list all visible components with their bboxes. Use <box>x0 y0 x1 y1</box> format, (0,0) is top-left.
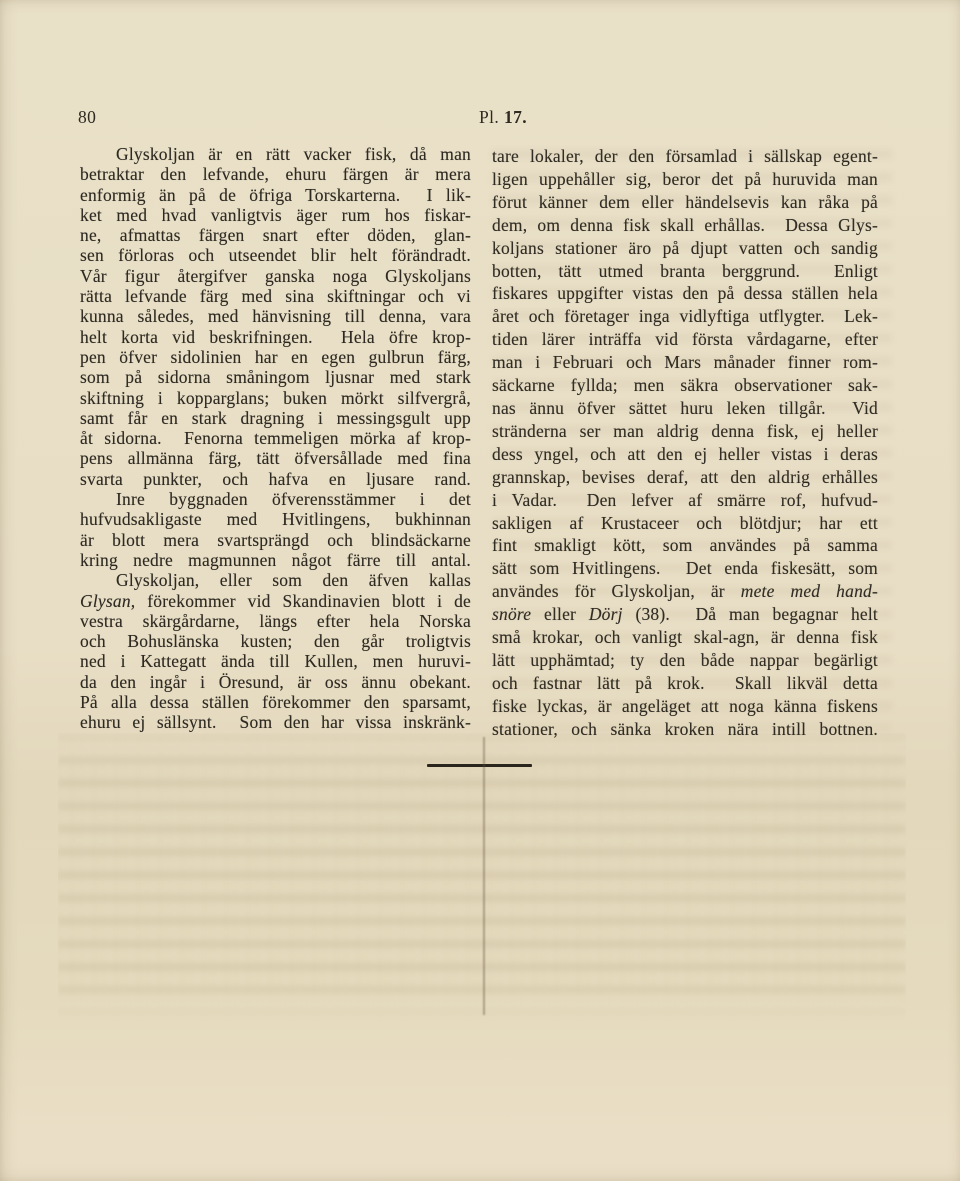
text-line: Vår figur återgifver ganska noga Glyskol… <box>80 266 471 286</box>
text-line: samt får en stark dragning i messingsgul… <box>80 408 471 428</box>
text-line: ehuru ej sällsynt. Som den har vissa ins… <box>80 712 471 732</box>
bleed-through-texture <box>58 733 906 1025</box>
text-line: åt sidorna. Fenorna temmeligen mörka af … <box>80 428 471 448</box>
text-line: rätta lefvande färg med sina skiftningar… <box>80 286 471 306</box>
text-line: som på sidorna småningom ljusnar med sta… <box>80 367 471 387</box>
text-line: skiftning i kopparglans; buken mörkt sil… <box>80 388 471 408</box>
text-line: ned i Kattegatt ända till Kullen, men hu… <box>80 651 471 671</box>
text-line: helt korta vid beskrifningen. Hela öfre … <box>80 327 471 347</box>
text-line: betraktar den lefvande, ehuru färgen är … <box>80 164 471 184</box>
left-column: Glyskoljan är en rätt vacker fisk, då ma… <box>80 144 471 733</box>
text-line: Inre byggnaden öfverensstämmer i det <box>80 489 471 509</box>
bleed-through-vertical-rule <box>483 737 485 1015</box>
page-number: 80 <box>78 107 96 128</box>
text-line: På alla dessa ställen förekommer den spa… <box>80 692 471 712</box>
text-line: Glyskoljan, eller som den äfven kallas <box>80 570 471 590</box>
text-line: och Bohuslänska kusten; den går troligtv… <box>80 631 471 651</box>
text-line: Glysan, förekommer vid Skandinavien blot… <box>80 591 471 611</box>
text-line: kunna således, med hänvisning till denna… <box>80 306 471 326</box>
book-page: 80 Pl. 17. Glyskoljan är en rätt vacker … <box>0 0 960 1181</box>
text-line: svarta punkter, och hafva en ljusare ran… <box>80 469 471 489</box>
text-line: Glyskoljan är en rätt vacker fisk, då ma… <box>80 144 471 164</box>
bleed-through-texture-faint <box>492 150 892 730</box>
text-line: är blott mera svartsprängd och blindsäck… <box>80 530 471 550</box>
text-line: enformig än på de öfriga Torskarterna. I… <box>80 185 471 205</box>
text-line: da den ingår i Öresund, är oss ännu obek… <box>80 672 471 692</box>
text-line: vestra skärgårdarne, längs efter hela No… <box>80 611 471 631</box>
plate-label: Pl. <box>479 107 504 127</box>
text-line: pens allmänna färg, tätt öfversållade me… <box>80 448 471 468</box>
text-line: ket med hvad vanligtvis äger rum hos fis… <box>80 205 471 225</box>
plate-reference: Pl. 17. <box>479 107 527 128</box>
text-line: pen öfver sidolinien har en egen gulbrun… <box>80 347 471 367</box>
text-line: kring nedre magmunnen något färre till a… <box>80 550 471 570</box>
plate-number: 17. <box>504 107 527 127</box>
text-line: ne, afmattas färgen snart efter döden, g… <box>80 225 471 245</box>
text-line: hufvudsakligaste med Hvitlingens, bukhin… <box>80 509 471 529</box>
text-line: sen förloras och utseendet blir helt för… <box>80 245 471 265</box>
